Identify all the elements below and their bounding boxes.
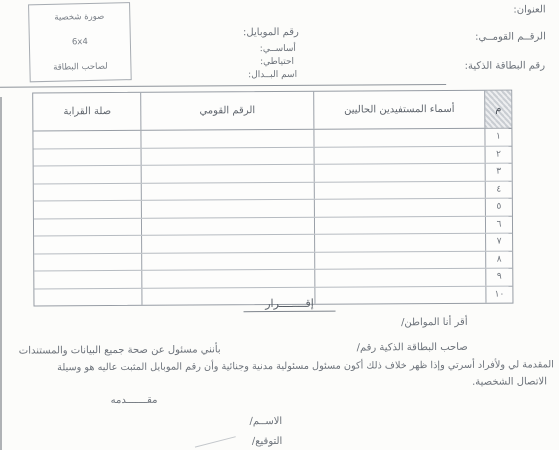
name-cell-empty — [314, 269, 485, 287]
row-index: ٨ — [485, 251, 512, 268]
row-index: ٩ — [485, 269, 512, 286]
responsibility-line: بأنني مسئول عن صحة جميع البيانات والمستن… — [19, 344, 221, 356]
row-index: ١٠ — [485, 286, 512, 303]
declaration-title: إقــــــــرار — [243, 297, 335, 313]
scanned-form-sheet: صورة شخصية 6x4 لصاحب البطاقة العنوان: ال… — [0, 0, 559, 450]
row-index: ٣ — [485, 164, 512, 181]
relation-cell-empty — [35, 218, 141, 235]
submitted-by-label: مقـــــــدمه — [102, 395, 166, 406]
photo-placeholder-box: صورة شخصية 6x4 لصاحب البطاقة — [28, 2, 132, 82]
national-id-cell-empty — [141, 165, 314, 183]
name-cell-empty — [314, 181, 485, 199]
national-id-cell-empty — [141, 200, 314, 218]
mobile-label: رقم الموبايل: — [243, 27, 299, 38]
national-id-cell-empty — [141, 217, 314, 235]
row-index: ١ — [484, 129, 511, 146]
col-header-names: أسماء المستفيدين الحاليين — [313, 91, 484, 129]
relation-cell-empty — [35, 201, 141, 218]
table-header-row: م أسماء المستفيدين الحاليين الرقم القومي… — [33, 91, 511, 132]
name-cell-empty — [314, 146, 485, 164]
row-index: ٧ — [485, 234, 512, 251]
col-header-index: م — [484, 91, 511, 128]
name-cell-empty — [314, 199, 485, 217]
name-cell-empty — [314, 286, 485, 304]
beneficiaries-table: م أسماء المستفيدين الحاليين الرقم القومي… — [32, 90, 513, 307]
grocer-label: اسم البــدال: — [248, 70, 297, 80]
col-header-relation: صلة القرابة — [34, 93, 140, 131]
relation-cell-empty — [35, 271, 141, 288]
signature-label: التوقيع/ — [252, 436, 283, 447]
name-signature-label: الاســم/ — [249, 416, 282, 427]
photo-box-size: 6x4 — [72, 37, 88, 47]
national-id-cell-empty — [141, 270, 314, 288]
row-index: ٢ — [485, 146, 512, 163]
card-number-line: صاحب البطاقة الذكية رقم/ — [357, 342, 468, 354]
national-id-label: الرقــم القومــي: — [475, 31, 546, 42]
national-id-cell-empty — [141, 147, 314, 165]
smart-card-fill-line — [0, 84, 446, 88]
col-header-national-id: الرقم القومي — [140, 92, 313, 130]
relation-cell-empty — [35, 166, 141, 183]
name-cell-empty — [314, 251, 485, 269]
photo-box-line1: صورة شخصية — [54, 11, 104, 22]
relation-cell-empty — [35, 183, 141, 200]
declaration-tail-line: الاتصال الشخصية. — [472, 376, 547, 387]
name-cell-empty — [313, 129, 484, 147]
name-cell-empty — [314, 234, 485, 252]
national-id-cell-empty — [141, 252, 314, 270]
national-id-cell-empty — [141, 235, 314, 253]
primary-label: أساســي: — [260, 44, 296, 54]
national-id-cell-empty — [141, 182, 314, 200]
relation-cell-empty — [35, 148, 141, 165]
row-index: ٦ — [485, 216, 512, 233]
relation-cell-empty — [35, 288, 141, 305]
row-index: ٥ — [485, 199, 512, 216]
address-label: العنوان: — [513, 4, 545, 15]
photo-box-line3: لصاحب البطاقة — [53, 62, 108, 73]
backup-label: احتياطي: — [260, 57, 294, 67]
relation-cell-empty — [35, 253, 141, 270]
citizen-declare-line: أقر أنا المواطن/ — [401, 317, 468, 328]
stray-pen-mark — [195, 436, 236, 447]
name-cell-empty — [314, 164, 485, 182]
declaration-body-line: المقدمة لي ولأفراد أسرتي وإذا ظهر خلاف ذ… — [57, 359, 554, 373]
relation-cell-empty — [35, 236, 141, 253]
scan-edge-artifact — [0, 97, 2, 450]
relation-cell-empty — [34, 131, 140, 148]
row-index: ٤ — [485, 181, 512, 198]
smart-card-label: رقم البطاقة الذكية: — [465, 60, 546, 71]
national-id-cell-empty — [140, 130, 313, 148]
name-cell-empty — [314, 216, 485, 234]
